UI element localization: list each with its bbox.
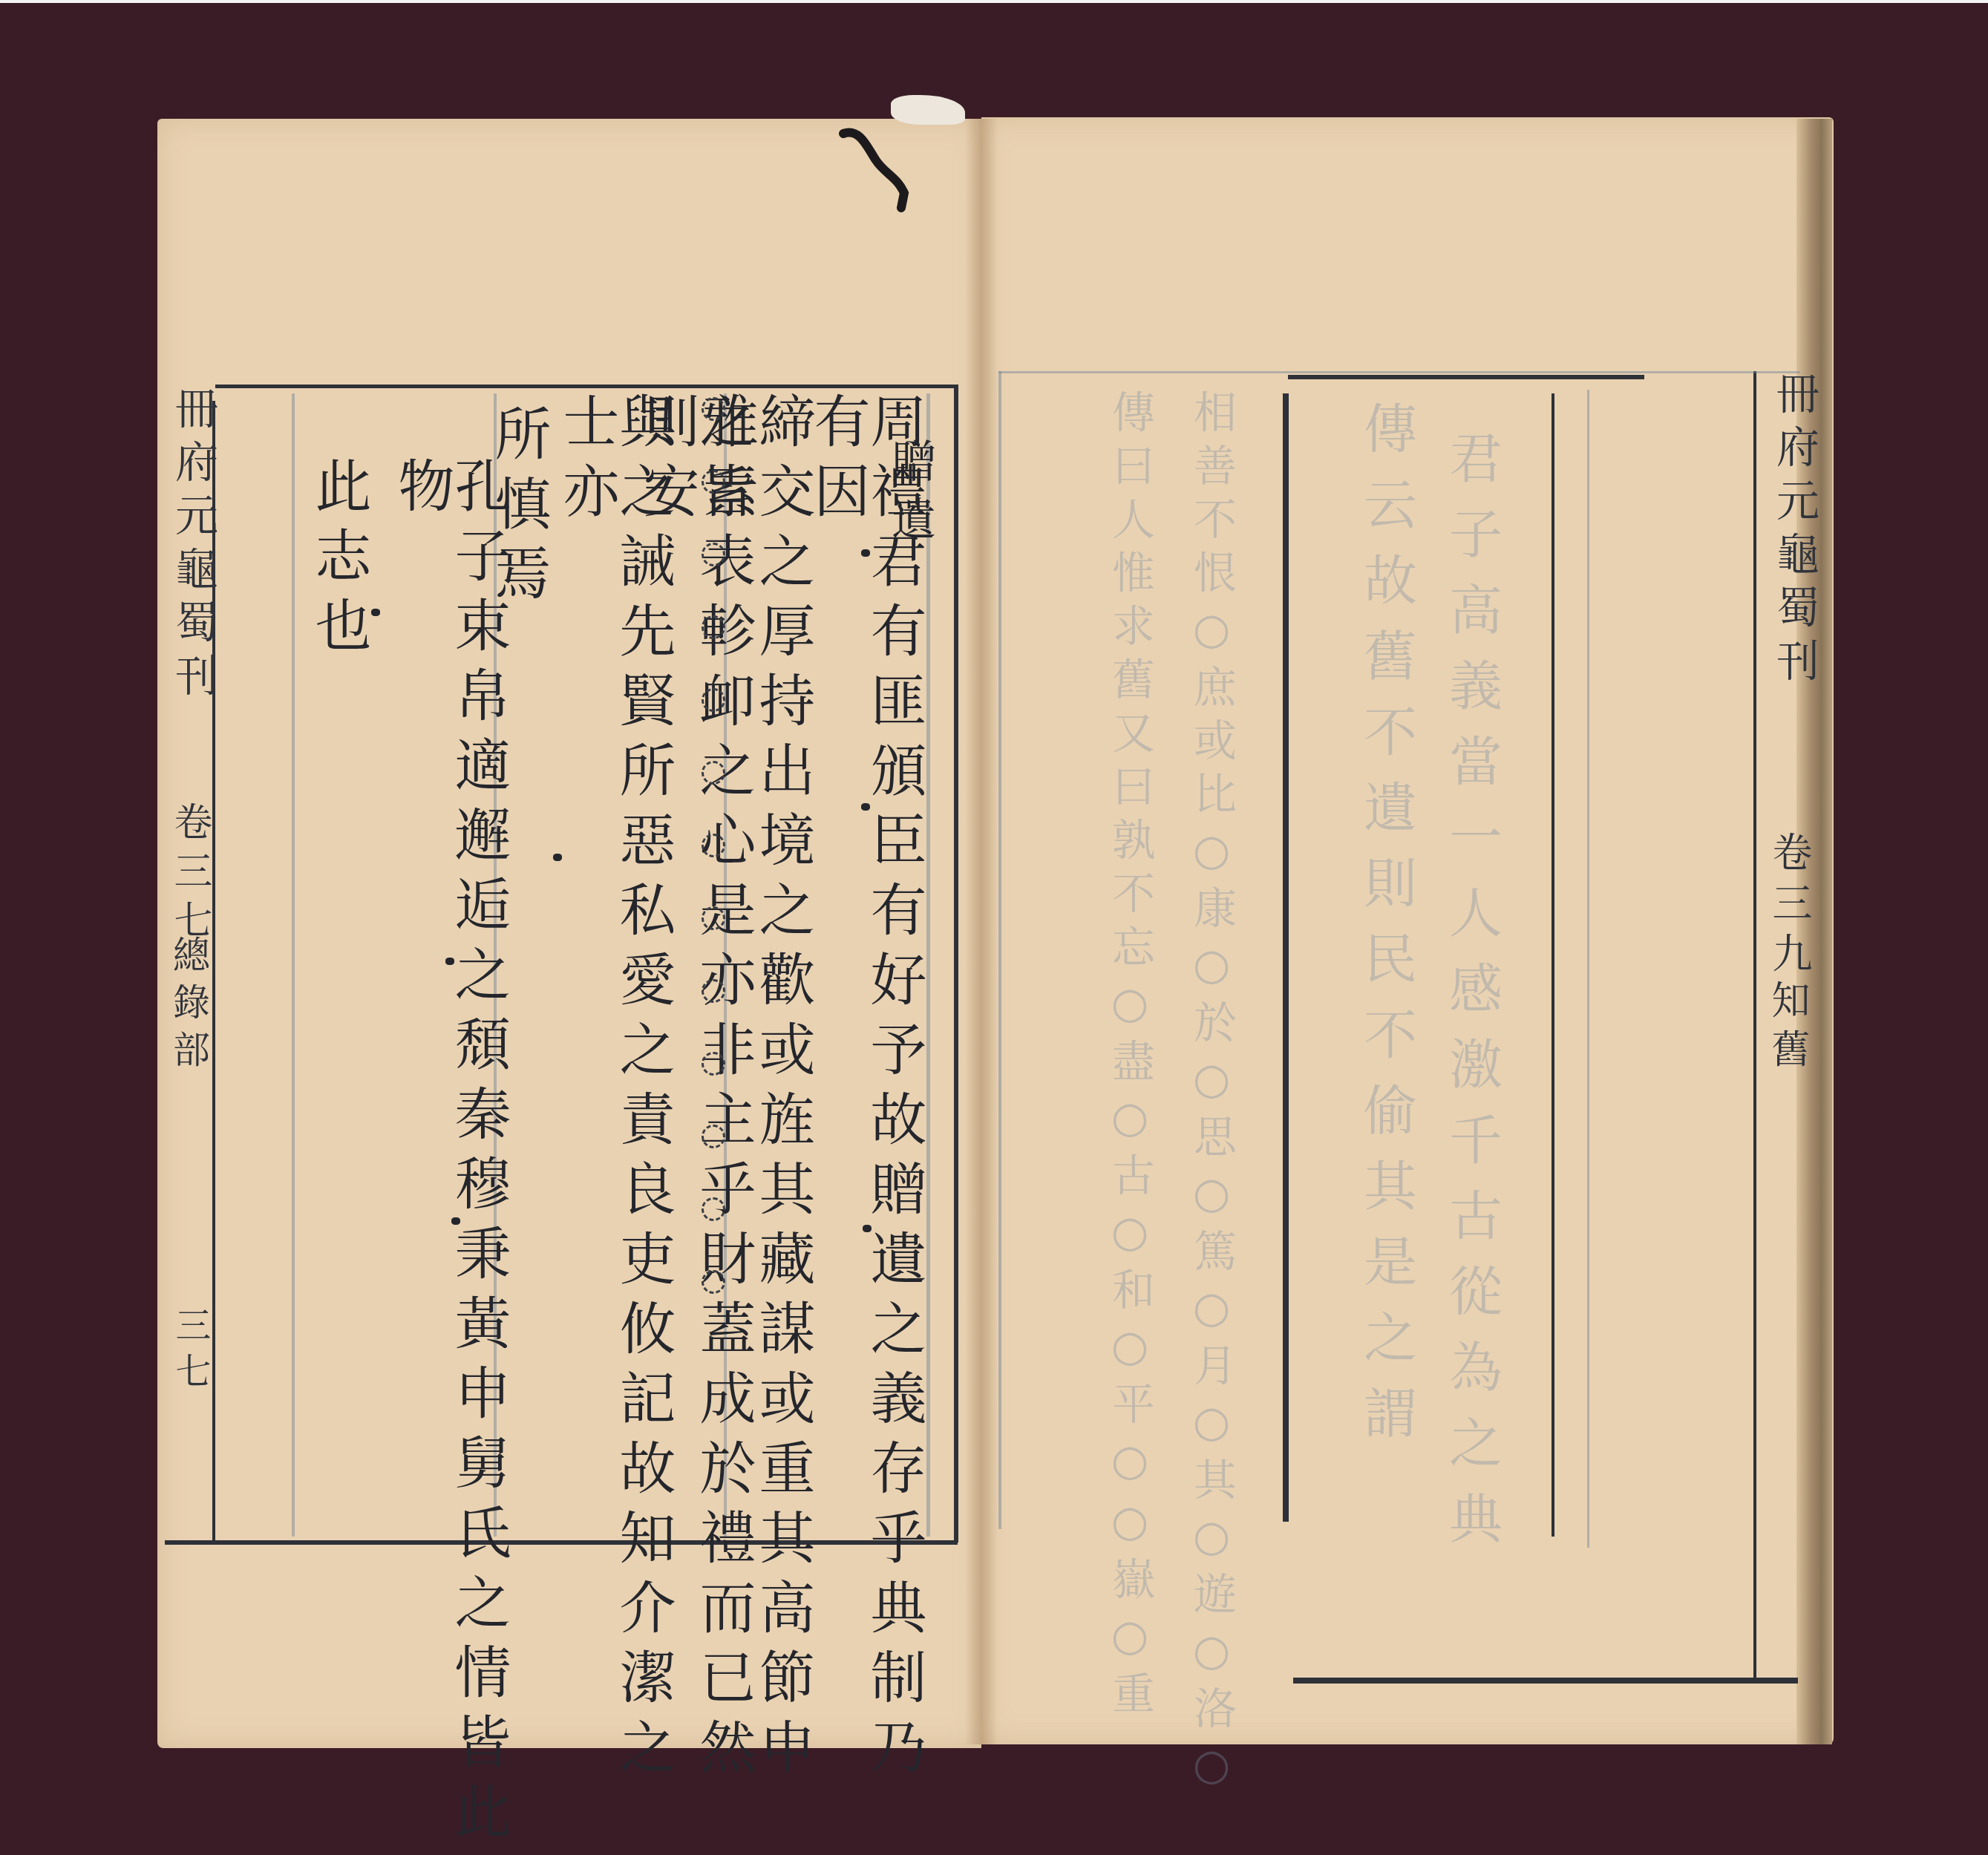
right-col-rule-2 bbox=[1587, 390, 1589, 1548]
circle-mark bbox=[702, 543, 725, 566]
punctuation-dot bbox=[371, 609, 380, 616]
text-column-1: 周禮君有匪頒臣有好予故贈遺之義存乎典制乃有因 bbox=[809, 392, 922, 1855]
circle-mark bbox=[702, 1270, 725, 1294]
left-frame-right bbox=[954, 385, 958, 1542]
right-margin-section: 知舊 bbox=[1759, 980, 1815, 1078]
text-column-7: 此志也 bbox=[310, 457, 367, 666]
circle-mark bbox=[702, 470, 725, 494]
circle-mark bbox=[702, 397, 725, 421]
punctuation-dot bbox=[861, 803, 870, 811]
left-col-rule-1 bbox=[292, 393, 295, 1537]
punctuation-dot bbox=[863, 1225, 872, 1232]
circle-mark bbox=[702, 979, 725, 1003]
ghost-column-1: 君子高義當一人感激千古從為之典 bbox=[1433, 431, 1510, 1566]
left-margin-page-number: 三七 bbox=[165, 1306, 216, 1398]
book-gutter bbox=[965, 119, 998, 1744]
torn-paper-fragment bbox=[891, 95, 965, 125]
punctuation-dot bbox=[451, 1217, 460, 1225]
circle-mark bbox=[702, 1197, 725, 1221]
text-column-4: 與之誡先賢所惡私愛之責良吏攸記故知介潔之士亦 bbox=[558, 392, 671, 1855]
right-margin-volume: 卷三九 bbox=[1761, 831, 1818, 983]
circle-mark bbox=[702, 615, 725, 639]
circle-mark bbox=[702, 906, 725, 930]
ghost-column-2: 傳云故舊不遺則民不偷其是之謂 bbox=[1347, 401, 1425, 1461]
right-top-soft-rule bbox=[998, 371, 1800, 373]
right-frame-bottom bbox=[1293, 1678, 1798, 1684]
right-margin-title: 冊府元龜蜀刊 bbox=[1763, 371, 1825, 692]
punctuation-dot bbox=[861, 549, 870, 557]
ghost-column-4: 傳曰人惟求舊又曰孰不忘○盡○古○和○平○○嶽○重 bbox=[1099, 390, 1161, 1724]
circle-mark bbox=[702, 1052, 725, 1076]
left-margin-section: 總錄部 bbox=[162, 935, 215, 1078]
left-margin-volume: 卷三七 bbox=[162, 802, 218, 949]
circle-mark bbox=[702, 761, 725, 785]
right-frame-left bbox=[1283, 393, 1289, 1522]
right-fishtail-rule bbox=[1753, 371, 1756, 1678]
left-frame-top bbox=[215, 385, 958, 388]
wormhole-stain-icon bbox=[837, 125, 919, 214]
right-inner-rule-1 bbox=[1552, 393, 1554, 1537]
punctuation-dot bbox=[553, 854, 562, 861]
circle-mark bbox=[702, 834, 725, 857]
circle-mark bbox=[702, 1125, 725, 1148]
text-column-6: 孔子束帛適邂逅之頹秦穆秉黃申舅氏之情皆此物 bbox=[393, 457, 506, 1855]
right-col-rule-1 bbox=[998, 371, 1001, 1529]
right-frame-top bbox=[1288, 375, 1644, 379]
annotation-circles-a bbox=[702, 397, 725, 1294]
punctuation-dot bbox=[445, 958, 454, 965]
ghost-column-3: 相善不恨○庶或比○康○於○思○篤○月○其○遊○洛○ bbox=[1180, 390, 1243, 1800]
top-edge-strip bbox=[0, 0, 1988, 3]
left-margin-title: 冊府元龜蜀刊 bbox=[162, 386, 224, 707]
circle-mark bbox=[702, 688, 725, 712]
